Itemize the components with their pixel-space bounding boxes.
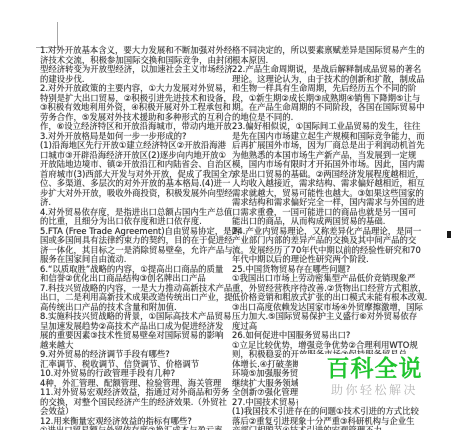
scanned-document-page: 1.对外开放基本含义，要大力发展和不断加强对外经济技术交流，积极参加国际交换和国… — [0, 0, 451, 430]
text-boundary-mark-vertical — [57, 22, 58, 47]
watermark-title: 百科全说 — [298, 356, 451, 383]
text-line: 压力加大.⑤国际贸易保护主义盛行⑥对外贸易依存 — [232, 312, 418, 322]
scan-artifact-speck — [447, 231, 451, 238]
watermark: 百科全说 助你轻松解决 — [298, 354, 451, 406]
watermark-subtitle: 助你轻松解决 — [298, 383, 451, 398]
text-line: 产部门相脱节④技术引进的宏观管理不力 — [232, 426, 418, 430]
text-line: 步扩大对外开放，吸收外商投资，积极发展外向型经 — [40, 189, 226, 199]
left-text-column: 1.对外开放基本含义，要大力发展和不断加强对外经济技术交流，积极参加国际交换和国… — [40, 46, 226, 430]
text-line: ①进出口贸易额与外贸依存度②换汇成本与盈亏率 — [40, 426, 226, 430]
